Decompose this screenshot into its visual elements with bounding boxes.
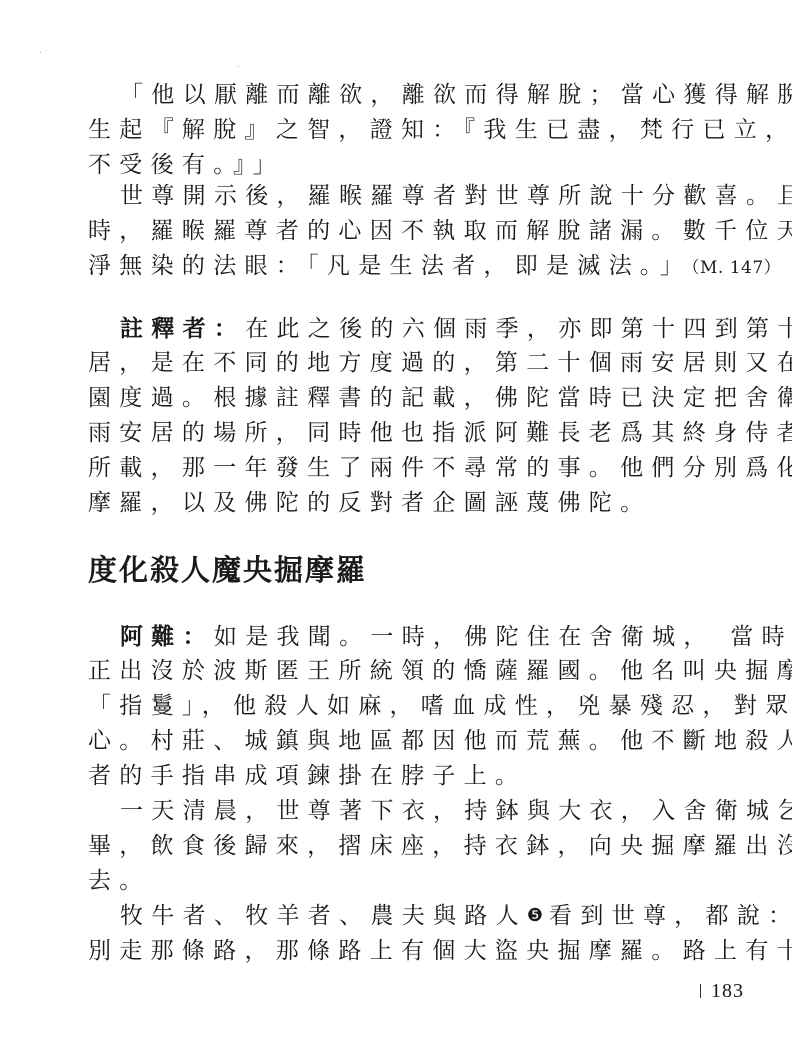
ananda-line-5: 者的手指串成項鍊掛在脖子上。	[88, 759, 698, 794]
commentator-line-3: 園度過。根據註釋書的記載，佛陀當時已決定把舍衛城作爲定期	[88, 381, 698, 416]
commentator-line-2: 居，是在不同的地方度過的，第二十個雨安居則又在舍衛城的祇	[88, 346, 698, 381]
morning-line-1: 一天清晨，世尊著下衣，持鉢與大衣，入舍衛城乞食。乞食	[120, 794, 730, 829]
warning-line-1-end: 看到世尊，都說：「沙門！	[549, 903, 792, 929]
page-number-divider	[700, 984, 701, 998]
conclusion-line-2: 時，羅睺羅尊者的心因不執取而解脫諸漏。數千位天人也獲得清	[88, 214, 698, 249]
speaker-label-ananda: 阿難：	[120, 623, 214, 650]
ananda-line-1: 阿難：如是我聞。一時，佛陀住在舍衛城， 當時有個大盜	[120, 619, 730, 654]
ananda-line-2: 正出沒於波斯匿王所統領的憍薩羅國。他名叫央掘摩羅，意思是	[88, 654, 698, 689]
warning-line-2: 別走那條路，那條路上有個大盜央掘摩羅。路上有十人、二十	[88, 934, 698, 969]
scan-speck	[238, 66, 239, 67]
book-page: 「他以厭離而離欲，離欲而得解脫；當心獲得解脫時，他便 生起『解脫』之智，證知：『…	[0, 0, 792, 1056]
warning-line-1: 牧牛者、牧羊者、農夫與路人❺看到世尊，都說：「沙門！	[120, 899, 730, 934]
commentator-line-1: 註釋者：在此之後的六個雨季，亦即第十四到第十九個雨安	[120, 311, 730, 346]
quote-line-1: 「他以厭離而離欲，離欲而得解脫；當心獲得解脫時，他便	[120, 78, 730, 113]
commentator-line-6: 摩羅，以及佛陀的反對者企圖誣蔑佛陀。	[88, 486, 698, 521]
conclusion-line-3: 淨無染的法眼：「凡是生法者，即是滅法。」（M. 147）	[88, 249, 698, 284]
warning-line-1-start: 牧牛者、牧羊者、農夫與路人	[120, 903, 527, 929]
commentator-line-4: 雨安居的場所，同時他也指派阿難長老爲其終身侍者。根據藏經	[88, 416, 698, 451]
quote-line-3: 不受後有。』」	[88, 148, 698, 183]
sutta-reference: （M. 147）	[691, 258, 781, 278]
commentator-line-5: 所載，那一年發生了兩件不尋常的事。他們分別爲化度大盜央掘	[88, 451, 698, 486]
scan-speck	[40, 52, 41, 53]
page-number: 183	[700, 980, 744, 1003]
conclusion-line-1: 世尊開示後，羅睺羅尊者對世尊所說十分歡喜。且開示結束	[120, 179, 730, 214]
ananda-line-1-text: 如是我聞。一時，佛陀住在舍衛城， 當時有個大盜	[214, 624, 792, 650]
ananda-line-4: 心。村莊、城鎮與地區都因他而荒蕪。他不斷地殺人，並將受害	[88, 724, 698, 759]
commentator-line-1-text: 在此之後的六個雨季，亦即第十四到第十九個雨安	[245, 316, 792, 342]
morning-line-3: 去。	[88, 864, 698, 899]
section-heading: 度化殺人魔央掘摩羅	[88, 550, 367, 590]
conclusion-line-3-text: 淨無染的法眼：「凡是生法者，即是滅法。」	[88, 253, 691, 279]
morning-line-2: 畢，飲食後歸來，摺床座，持衣鉢，向央掘摩羅出沒處的大道走	[88, 829, 698, 864]
page-number-value: 183	[711, 980, 744, 1002]
quote-line-2: 生起『解脫』之智，證知：『我生已盡，梵行已立，所作皆辦，	[88, 113, 698, 148]
speaker-label-commentator: 註釋者：	[120, 315, 245, 342]
ananda-line-3: 「指鬘」，他殺人如麻，嗜血成性，兇暴殘忍，對眾生毫無憐憫之	[88, 689, 698, 724]
footnote-marker-icon[interactable]: ❺	[527, 905, 543, 926]
